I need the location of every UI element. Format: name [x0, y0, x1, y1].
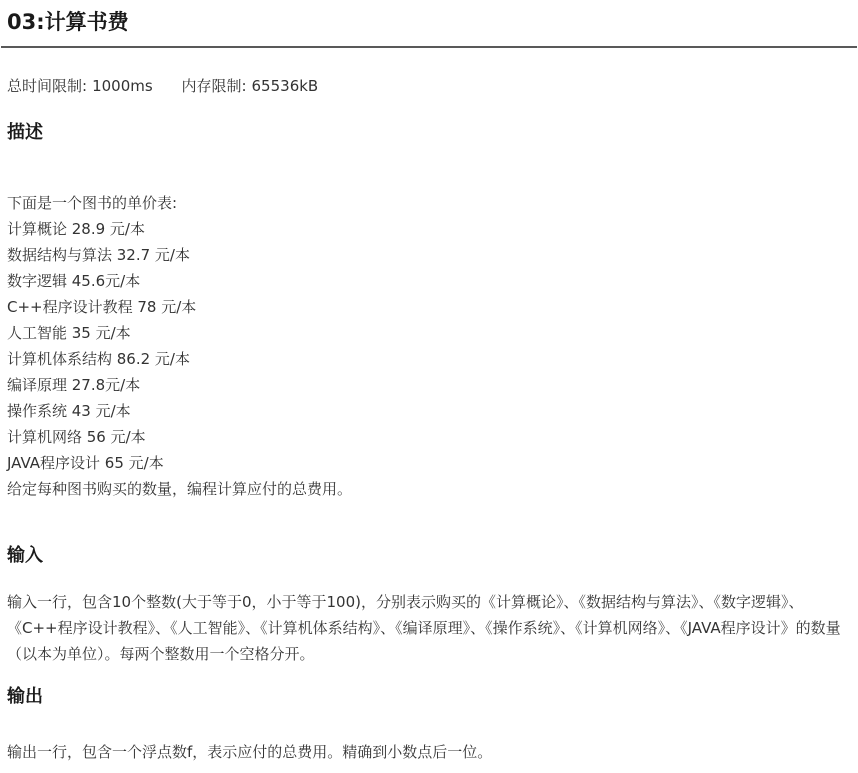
price-list-item: 数据结构与算法 32.7 元/本 — [7, 242, 852, 268]
description-body: 下面是一个图书的单价表: 计算概论 28.9 元/本数据结构与算法 32.7 元… — [7, 190, 852, 502]
memory-limit: 内存限制:65536kB — [181, 77, 318, 95]
price-list: 计算概论 28.9 元/本数据结构与算法 32.7 元/本数字逻辑 45.6元/… — [7, 216, 852, 476]
price-list-item: 数字逻辑 45.6元/本 — [7, 268, 852, 294]
price-list-item: C++程序设计教程 78 元/本 — [7, 294, 852, 320]
time-limit: 总时间限制:1000ms — [7, 77, 157, 95]
description-intro: 下面是一个图书的单价表: — [7, 190, 852, 216]
price-list-item: 操作系统 43 元/本 — [7, 398, 852, 424]
title-divider — [1, 46, 857, 48]
price-list-item: 计算机体系结构 86.2 元/本 — [7, 346, 852, 372]
section-heading-input: 输入 — [7, 545, 851, 566]
price-list-item: 人工智能 35 元/本 — [7, 320, 852, 346]
memory-limit-label: 内存限制: — [181, 77, 246, 95]
price-list-item: JAVA程序设计 65 元/本 — [7, 450, 852, 476]
price-list-item: 计算概论 28.9 元/本 — [7, 216, 852, 242]
page-title: 03:计算书费 — [7, 10, 851, 35]
input-description-text: 输入一行，包含10个整数(大于等于0，小于等于100)，分别表示购买的《计算概论… — [7, 589, 852, 667]
problem-page: 03:计算书费 总时间限制:1000ms 内存限制:65536kB 描述 下面是… — [0, 0, 858, 773]
output-description-text: 输出一行，包含一个浮点数f，表示应付的总费用。精确到小数点后一位。 — [7, 739, 852, 765]
price-list-item: 计算机网络 56 元/本 — [7, 424, 852, 450]
memory-limit-value: 65536kB — [252, 77, 319, 95]
description-outro: 给定每种图书购买的数量，编程计算应付的总费用。 — [7, 476, 852, 502]
price-list-item: 编译原理 27.8元/本 — [7, 372, 852, 398]
time-limit-label: 总时间限制: — [7, 77, 87, 95]
limits-bar: 总时间限制:1000ms 内存限制:65536kB — [7, 77, 851, 95]
section-heading-output: 输出 — [7, 686, 851, 707]
time-limit-value: 1000ms — [92, 77, 153, 95]
section-heading-description: 描述 — [7, 122, 851, 143]
